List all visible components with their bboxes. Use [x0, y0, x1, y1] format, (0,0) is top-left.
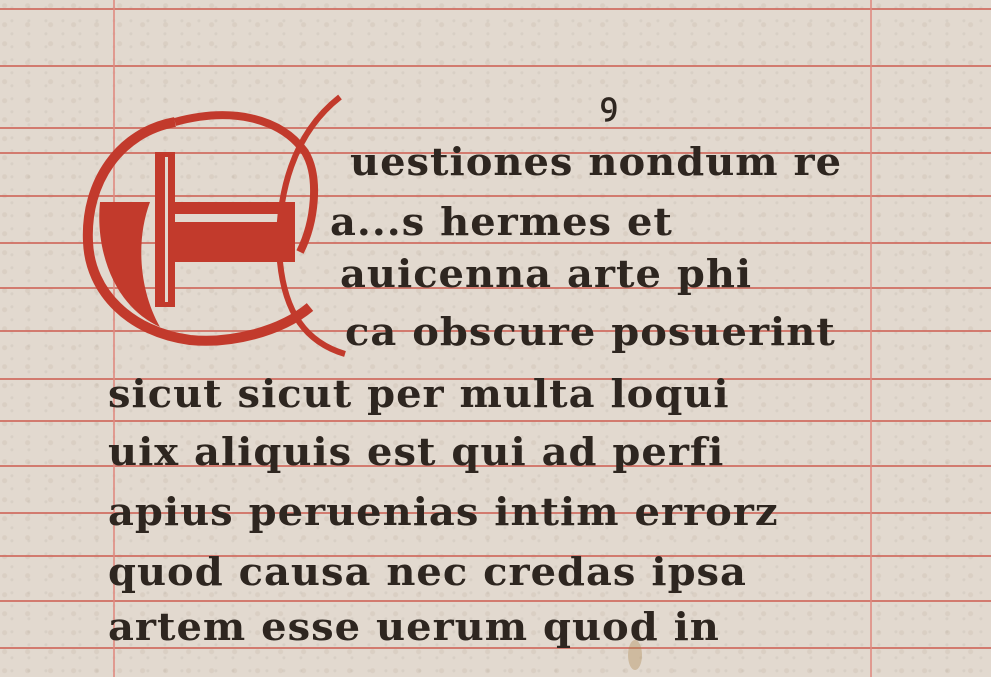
ruling-line	[0, 65, 991, 67]
text-line: auicenna arte phi	[340, 252, 752, 297]
stain	[628, 640, 642, 670]
manuscript-page: ꝯ uestiones nondum re a...s hermes et au…	[0, 0, 991, 677]
ruling-line	[0, 420, 991, 422]
text-line: uix aliquis est qui ad perfi	[108, 430, 724, 475]
margin-ruling	[870, 0, 872, 677]
text-line: artem esse uerum quod in	[108, 605, 720, 650]
top-mark: ꝯ	[600, 82, 618, 123]
red-initial-letter	[80, 92, 350, 357]
text-line: uestiones nondum re	[350, 140, 842, 185]
text-line: a...s hermes et	[330, 200, 673, 245]
text-line: quod causa nec credas ipsa	[108, 550, 747, 595]
text-line: ca obscure posuerint	[345, 310, 836, 355]
ruling-line	[0, 600, 991, 602]
ruling-line	[0, 8, 991, 10]
text-line: apius peruenias intim errorz	[108, 490, 779, 535]
text-line: sicut sicut per multa loqui	[108, 372, 730, 417]
